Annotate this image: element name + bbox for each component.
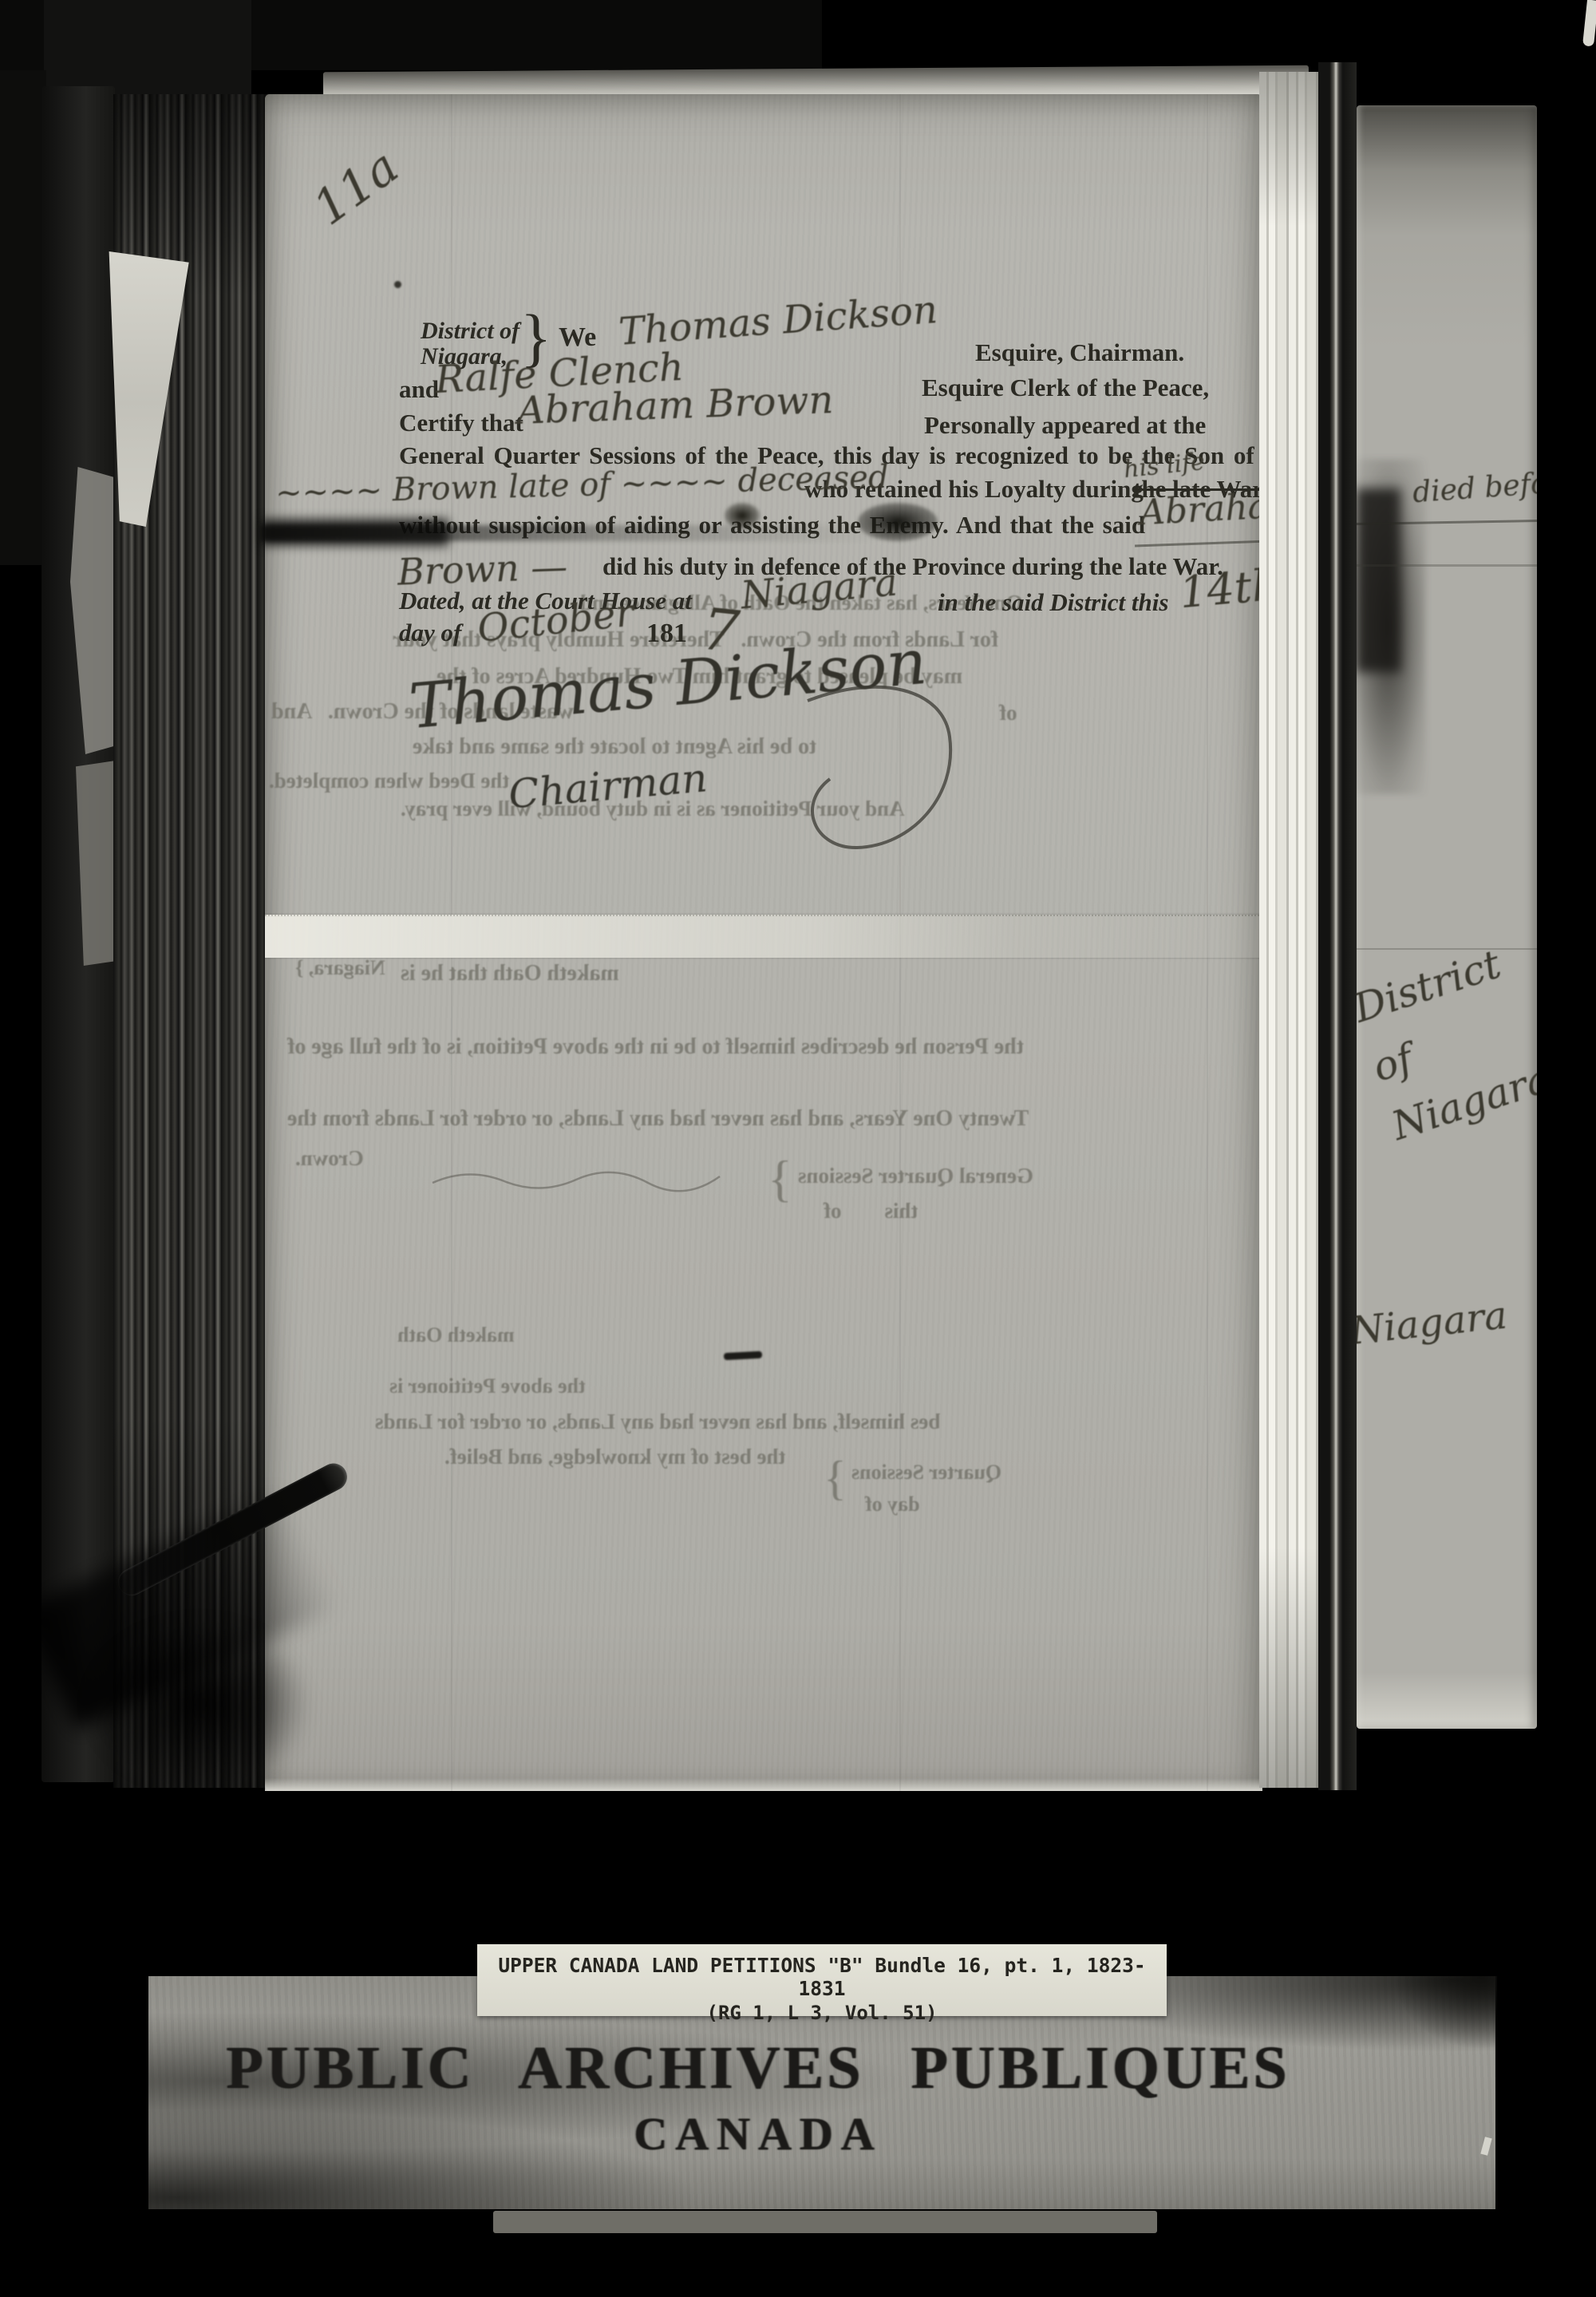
bleedthrough-scribble xyxy=(433,1165,720,1197)
document-page: 11a District of Niagara, } We Thomas Dic… xyxy=(265,94,1262,1791)
printed-esquire-chairman: Esquire, Chairman. xyxy=(975,338,1184,367)
handwritten-brown-dash: Brown — xyxy=(397,544,568,593)
stain-mark xyxy=(1357,488,1400,672)
binding-gutter xyxy=(1318,62,1357,1790)
bleedthrough-line: the Person he describes himself to be in… xyxy=(287,1034,1024,1060)
printed-district-this: in the said District this xyxy=(938,588,1168,617)
bleedthrough-brace: } xyxy=(824,1451,847,1506)
ink-blot xyxy=(725,503,760,528)
printed-esquire-clerk: Esquire Clerk of the Peace, xyxy=(922,374,1209,402)
bleedthrough-line: Niagara, } xyxy=(295,956,385,980)
facing-page-fragment: died before District of Niagara Niagara xyxy=(1357,105,1537,1729)
reference-label-line1: UPPER CANADA LAND PETITIONS "B" Bundle 1… xyxy=(477,1954,1167,2000)
signature-flourish xyxy=(792,677,1031,860)
page-number-annotation: 11a xyxy=(303,139,409,237)
bleedthrough-line: the best of my knowledge, and Belief. xyxy=(444,1445,786,1469)
handwritten-margin-note: died before xyxy=(1412,465,1537,509)
microfilm-frame: 11a District of Niagara, } We Thomas Dic… xyxy=(0,0,1596,2297)
bleedthrough-line: maketh Oath that he is xyxy=(401,961,619,986)
card-corner-shadow xyxy=(1393,1976,1497,2050)
bleedthrough-brace: } xyxy=(768,1149,792,1208)
bleedthrough-line: bes himself, and has never had any Lands… xyxy=(375,1409,940,1434)
film-left-shade xyxy=(0,70,46,565)
archival-reference-label: UPPER CANADA LAND PETITIONS "B" Bundle 1… xyxy=(477,1944,1167,2016)
printed-certify-that: Certify that xyxy=(399,409,523,437)
handwritten-chairman-name: Thomas Dickson xyxy=(618,287,939,354)
printed-we: We xyxy=(559,322,596,353)
crease-line xyxy=(1357,564,1537,567)
printed-and: and xyxy=(399,375,439,404)
film-corner-curl xyxy=(1582,0,1596,47)
bleedthrough-line: Twenty One Years, and has never had any … xyxy=(287,1106,1029,1132)
reference-label-line2: (RG 1, L 3, Vol. 51) xyxy=(477,2002,1167,2024)
page-edge-bright xyxy=(1259,72,1318,1788)
corner-shadow xyxy=(88,1620,311,1788)
bleedthrough-line: the above Petitioner is xyxy=(389,1374,586,1398)
bleedthrough-line: to be his Agent to locate the same and t… xyxy=(413,734,816,760)
ink-dot xyxy=(394,281,401,288)
public-archives-canada: CANADA xyxy=(160,2107,1357,2161)
bleedthrough-line: this of xyxy=(824,1199,918,1224)
tape-repair xyxy=(265,915,1262,958)
smear-mark xyxy=(261,519,448,546)
bleedthrough-line: the Deed when completed. xyxy=(269,769,509,793)
film-corner-shade xyxy=(44,0,251,96)
bleedthrough-line: Quarter Sessions xyxy=(851,1461,1001,1485)
printed-year: 181 xyxy=(646,619,687,649)
printed-day-of: day of xyxy=(399,619,461,647)
handwritten-fragment-district: District of Niagara xyxy=(1357,927,1537,1157)
bleedthrough-line: maketh Oath xyxy=(397,1323,515,1347)
handwritten-parent-line: ~~~~ Brown late of ~~~~ deceased xyxy=(275,459,890,512)
printed-duty-line: did his duty in defence of the Province … xyxy=(602,552,1223,581)
printed-district-of: District of xyxy=(421,318,519,345)
bleedthrough-line: day of xyxy=(865,1492,920,1516)
public-archives-title: PUBLIC ARCHIVES PUBLIQUES xyxy=(160,2034,1357,2103)
bleedthrough-line: Crown. xyxy=(295,1146,364,1171)
card-bottom-strip xyxy=(493,2211,1157,2233)
bleedthrough-line: General Quarter Sessions xyxy=(798,1164,1033,1188)
printed-personally-appeared: Personally appeared at the xyxy=(924,411,1206,440)
ink-dash xyxy=(724,1351,762,1360)
handwritten-fragment-place: Niagara xyxy=(1357,1293,1509,1354)
ink-blot xyxy=(858,503,938,541)
